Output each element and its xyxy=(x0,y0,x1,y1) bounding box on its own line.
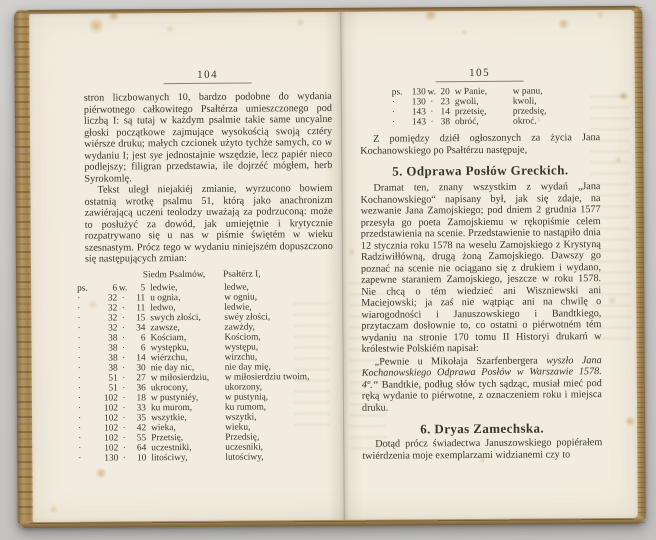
foxing-spot xyxy=(87,18,105,34)
variants-table-left: Siedm Psalmów, Psałtérz I, ps. 6 w. 5 le… xyxy=(85,268,334,463)
verse-mark: · xyxy=(118,413,130,423)
row-lead-mark: · xyxy=(76,453,94,463)
reading-siedm-psalmow: występku, xyxy=(146,342,225,353)
reading-siedm-psalmow: nie day nic, xyxy=(146,362,225,373)
psalm-number: 102 xyxy=(94,413,118,423)
verse-mark: w. xyxy=(426,87,438,97)
verse-number: 55 xyxy=(130,433,146,443)
verse-number: 11 xyxy=(129,293,145,303)
verse-mark: · xyxy=(118,403,130,413)
row-lead-mark: · xyxy=(76,443,94,453)
psalm-number: 32 xyxy=(93,313,117,323)
verse-mark: · xyxy=(118,353,130,363)
verse-mark: · xyxy=(118,443,130,453)
reading-psalterz: kwoli, xyxy=(513,96,600,107)
paragraph-odprawa: Dramat ten, znany wszystkim z wydań „Jan… xyxy=(360,181,601,355)
paragraph-edition-description: stron liczbowanych 10, bardzo podobne do… xyxy=(84,91,333,185)
foxing-spot xyxy=(423,10,438,21)
variant-table-row: · 130 · 10 litościwy, lutościwy, xyxy=(76,451,334,463)
psalm-number: 38 xyxy=(93,333,117,343)
reading-siedm-psalmow: wszytkie, xyxy=(146,412,225,423)
verse-number: 42 xyxy=(130,423,146,433)
verse-mark: · xyxy=(118,453,130,463)
verse-number: 30 xyxy=(130,363,146,373)
reading-siedm-psalmow: ledwie, xyxy=(145,282,224,293)
page-number-right: 105 xyxy=(360,66,600,81)
verse-number: 23 xyxy=(438,97,450,107)
reading-siedm-psalmow: wieka, xyxy=(146,422,225,433)
psalm-number: 102 xyxy=(94,423,118,433)
page-number-rule xyxy=(436,81,524,83)
foxing-spot xyxy=(607,296,617,305)
verse-number: 18 xyxy=(130,393,146,403)
reading-siedm-psalmow: ku murom, xyxy=(146,402,225,413)
psalm-number: 6 xyxy=(93,283,117,293)
right-page: 105 ps. 130 w. 20 w Panie, w panu, · 130… xyxy=(360,66,603,462)
psalm-number: 51 xyxy=(94,383,118,393)
psalm-number: 102 xyxy=(94,433,118,443)
verse-mark: · xyxy=(118,373,130,383)
section-5-heading: 5. Odprawa Posłów Greckich. xyxy=(360,162,600,179)
verse-mark: · xyxy=(426,117,438,127)
foxing-spot xyxy=(295,18,305,27)
reading-siedm-psalmow: ledwo, xyxy=(145,302,224,313)
variant-table-row: · 143 · 38 obróć, okroć. xyxy=(390,116,600,127)
psalm-number: 38 xyxy=(94,363,118,373)
row-lead-mark: · xyxy=(76,373,94,383)
verse-number: 36 xyxy=(130,383,146,393)
reading-psalterz: w panu, xyxy=(513,86,600,97)
foxing-spot xyxy=(618,91,629,101)
paragraph-intro: Z pomiędzy dziéł ogłoszonych za życia Ja… xyxy=(360,132,600,157)
row-lead-mark: · xyxy=(76,413,94,423)
foxing-spot xyxy=(49,505,59,514)
reading-siedm-psalmow: w pustyniéy, xyxy=(146,392,225,403)
foxing-spot xyxy=(94,468,107,479)
verse-mark: · xyxy=(426,107,438,117)
foxing-spot xyxy=(624,416,636,427)
verse-number: 35 xyxy=(130,413,146,423)
reading-psalterz: lutościwy, xyxy=(225,451,334,462)
verse-number: 15 xyxy=(129,313,145,323)
verse-number: 64 xyxy=(130,443,146,453)
verse-number: 34 xyxy=(129,323,145,333)
foxing-spot xyxy=(595,10,605,19)
row-lead-mark: · xyxy=(75,333,93,343)
verse-mark: · xyxy=(118,423,130,433)
reading-siedm-psalmow: gwoli, xyxy=(450,97,513,107)
reading-siedm-psalmow: Kościam, xyxy=(145,332,224,343)
row-lead-mark: ps. xyxy=(75,283,93,293)
verse-number: 14 xyxy=(130,353,146,363)
reading-siedm-psalmow: wiérzchu, xyxy=(146,352,225,363)
foxing-spot xyxy=(165,25,174,33)
row-lead-mark: · xyxy=(390,117,408,127)
verse-mark: · xyxy=(117,313,129,323)
row-lead-mark: · xyxy=(76,393,94,403)
open-book: 104 stron liczbowanych 10, bardzo podobn… xyxy=(14,6,646,528)
verse-number: 14 xyxy=(438,107,450,117)
variants-rows-left: ps. 6 w. 5 ledwie, ledwe, · 32 · 11 u og… xyxy=(85,281,334,463)
paragraph-tekst-changes: Tekst uległ niejakiéj zmianie, wyrzucono… xyxy=(84,183,333,265)
row-lead-mark: · xyxy=(75,303,93,313)
reading-siedm-psalmow: u ognia, xyxy=(145,292,224,303)
reading-siedm-psalmow: obróć, xyxy=(450,117,513,127)
verse-number: 38 xyxy=(438,117,450,127)
foxing-spot xyxy=(614,156,622,164)
verse-number: 6 xyxy=(130,343,146,353)
row-lead-mark: · xyxy=(75,293,93,303)
verse-mark: · xyxy=(118,343,130,353)
verse-number: 10 xyxy=(130,453,146,463)
left-page: 104 stron liczbowanych 10, bardzo podobn… xyxy=(84,68,335,463)
psalm-number: 38 xyxy=(94,353,118,363)
verse-mark: · xyxy=(118,393,130,403)
psalm-number: 32 xyxy=(93,293,117,303)
psalm-number: 130 xyxy=(408,97,426,107)
verse-mark: · xyxy=(117,323,129,333)
psalm-number: 102 xyxy=(94,443,118,453)
row-lead-mark: · xyxy=(75,323,93,333)
reading-siedm-psalmow: zawsze, xyxy=(145,322,224,333)
verse-number: 33 xyxy=(130,403,146,413)
verse-mark: · xyxy=(117,293,129,303)
psalm-number: 143 xyxy=(408,107,426,117)
psalm-number: 51 xyxy=(94,373,118,383)
verse-mark: · xyxy=(118,383,130,393)
row-lead-mark: · xyxy=(76,383,94,393)
psalm-number: 130 xyxy=(408,87,426,97)
foxing-spot xyxy=(557,18,570,29)
row-lead-mark: · xyxy=(76,353,94,363)
reading-siedm-psalmow: litościwy, xyxy=(146,452,225,463)
psalm-number: 102 xyxy=(94,403,118,413)
header-psalterz-i: Psałtérz I, xyxy=(223,269,261,280)
foxing-spot xyxy=(460,29,468,36)
psalm-number: 130 xyxy=(94,453,118,463)
row-lead-mark: · xyxy=(76,423,94,433)
verse-number: 6 xyxy=(129,333,145,343)
row-lead-mark: · xyxy=(76,403,94,413)
row-lead-mark: · xyxy=(76,363,94,373)
psalm-number: 102 xyxy=(94,393,118,403)
psalm-number: 32 xyxy=(93,303,117,313)
verse-number: 5 xyxy=(129,283,145,293)
reading-siedm-psalmow: Przetsię, xyxy=(146,432,225,443)
row-lead-mark: · xyxy=(76,433,94,443)
verse-mark: · xyxy=(117,333,129,343)
header-siedm-psalmow: Siedm Psalmów, xyxy=(131,269,217,281)
page-number-left: 104 xyxy=(84,68,332,83)
row-lead-mark: · xyxy=(390,107,408,117)
reading-siedm-psalmow: przetsię, xyxy=(450,107,513,117)
row-lead-mark: ps. xyxy=(390,87,408,97)
reading-psalterz: okroć. xyxy=(513,116,600,127)
book-scan-screenshot: { "scan": { "background_color": "#cbcac8… xyxy=(0,0,656,540)
reading-siedm-psalmow: ukrocony, xyxy=(146,382,225,393)
psalm-number: 143 xyxy=(408,117,426,127)
row-lead-mark: · xyxy=(390,97,408,107)
section-6-heading: 6. Dryas Zamechska. xyxy=(362,420,602,437)
variants-rows-right: ps. 130 w. 20 w Panie, w panu, · 130 · 2… xyxy=(360,86,600,128)
verse-number: 27 xyxy=(130,373,146,383)
variants-table-right: ps. 130 w. 20 w Panie, w panu, · 130 · 2… xyxy=(360,86,600,128)
verse-mark: · xyxy=(426,97,438,107)
psalm-number: 38 xyxy=(94,343,118,353)
reading-siedm-psalmow: swych złości, xyxy=(145,312,224,323)
page-number-rule xyxy=(164,83,252,85)
verse-mark: · xyxy=(118,433,130,443)
paragraph-dryas: Dotąd prócz świadectwa Januszowskiego po… xyxy=(362,437,602,462)
verse-number: 20 xyxy=(438,87,450,97)
reading-siedm-psalmow: w Panie, xyxy=(450,87,513,97)
variants-table-header: Siedm Psalmów, Psałtérz I, xyxy=(85,268,333,281)
verse-number: 11 xyxy=(129,303,145,313)
verse-mark: w. xyxy=(117,283,129,293)
verse-mark: · xyxy=(117,303,129,313)
reading-siedm-psalmow: uczestniki, xyxy=(146,442,225,453)
row-lead-mark: · xyxy=(76,343,94,353)
row-lead-mark: · xyxy=(75,313,93,323)
page-spread: 104 stron liczbowanych 10, bardzo podobn… xyxy=(29,10,638,522)
psalm-number: 32 xyxy=(93,323,117,333)
paragraph-bandtkie-quote: „Pewnie u Mikołaja Szarfenbergera wyszło… xyxy=(362,355,602,414)
reading-siedm-psalmow: w miłosierdziu, xyxy=(146,372,225,383)
verse-mark: · xyxy=(118,363,130,373)
reading-psalterz: przedsię, xyxy=(513,106,600,117)
italic-term: sye xyxy=(150,150,163,161)
